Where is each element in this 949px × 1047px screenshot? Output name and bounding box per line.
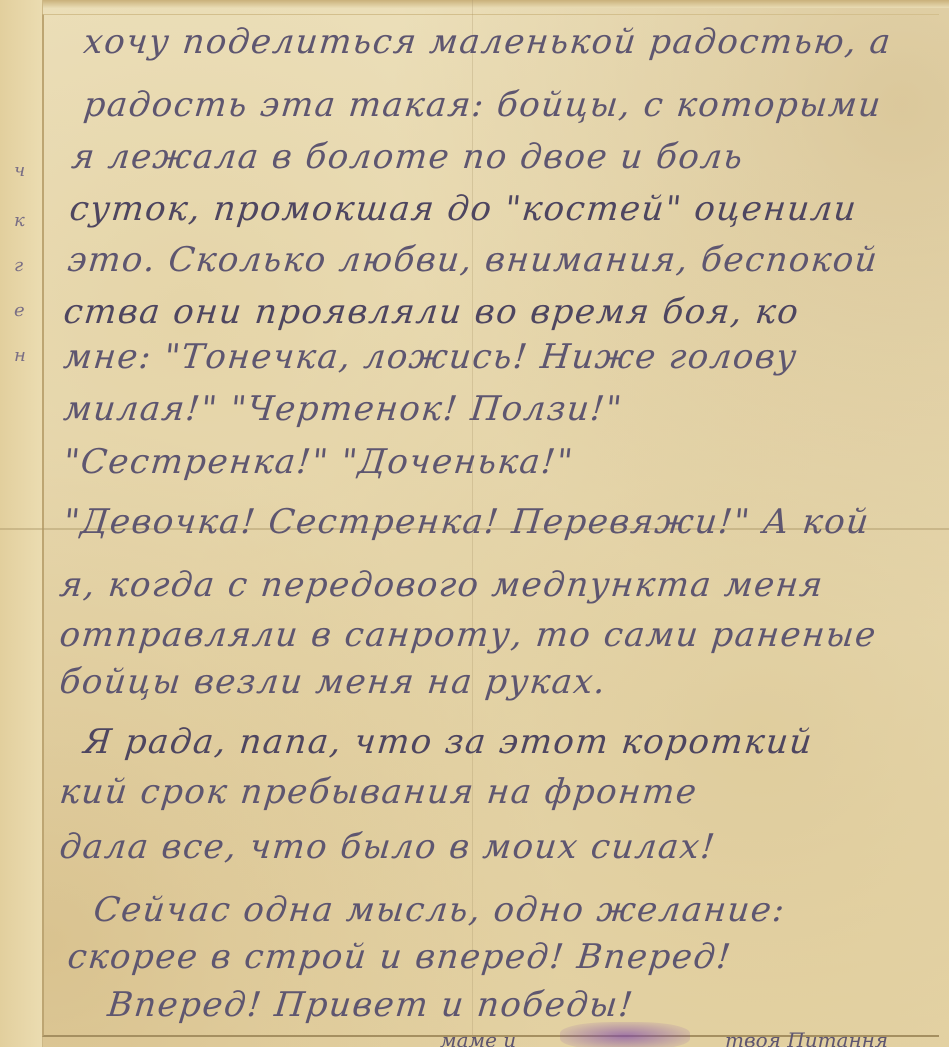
letter-line-10: "Девочка! Сестренка! Перевяжи!" А кой: [62, 505, 947, 539]
letter-line-18: скорее в строй и вперед! Вперед!: [66, 940, 947, 974]
margin-letter: к: [14, 210, 25, 231]
letter-line-17: Сейчас одна мысль, одно желание:: [92, 893, 947, 927]
purple-ink-stamp: [560, 1022, 690, 1047]
letter-line-8: милая!" "Чертенок! Ползи!": [62, 392, 947, 426]
letter-line-7: мне: "Тонечка, ложись! Ниже голову: [62, 340, 947, 374]
letter-line-4: суток, промокшая до "костей" оценили: [68, 192, 947, 226]
letter-line-13: бойцы везли меня на руках.: [58, 665, 947, 699]
paper-top-edge: [0, 0, 949, 8]
letter-line-16: дала все, что было в моих силах!: [58, 830, 947, 864]
letter-line-1: хочу поделиться маленькой радостью, а: [82, 25, 947, 59]
letter-line-15: кий срок пребывания на фронте: [58, 775, 947, 809]
letter-page: ч к г е н хочу поделиться маленькой радо…: [0, 0, 949, 1047]
bottom-partial-left: маме и: [440, 1028, 516, 1047]
letter-line-5: это. Сколько любви, внимания, беспокой: [66, 243, 947, 277]
letter-line-11: я, когда с передового медпункта меня: [58, 568, 947, 602]
margin-letter: г: [14, 255, 23, 276]
margin-letter: ч: [14, 160, 25, 181]
letter-line-19: Вперед! Привет и победы!: [106, 988, 947, 1022]
margin-letter: н: [14, 345, 26, 366]
letter-line-14: Я рада, папа, что за этот короткий: [82, 725, 947, 759]
letter-line-6: ства они проявляли во время боя, ко: [62, 295, 947, 329]
letter-line-9: "Сестренка!" "Доченька!": [62, 445, 947, 479]
folded-left-strip: [0, 0, 43, 1047]
bottom-partial-signature: твоя Питання: [725, 1028, 888, 1047]
letter-line-2: радость эта такая: бойцы, с которыми: [82, 88, 947, 122]
letter-line-12: отправляли в санроту, то сами раненые: [58, 618, 947, 652]
margin-letter: е: [14, 300, 25, 321]
letter-line-3: я лежала в болоте по двое и боль: [70, 140, 947, 174]
